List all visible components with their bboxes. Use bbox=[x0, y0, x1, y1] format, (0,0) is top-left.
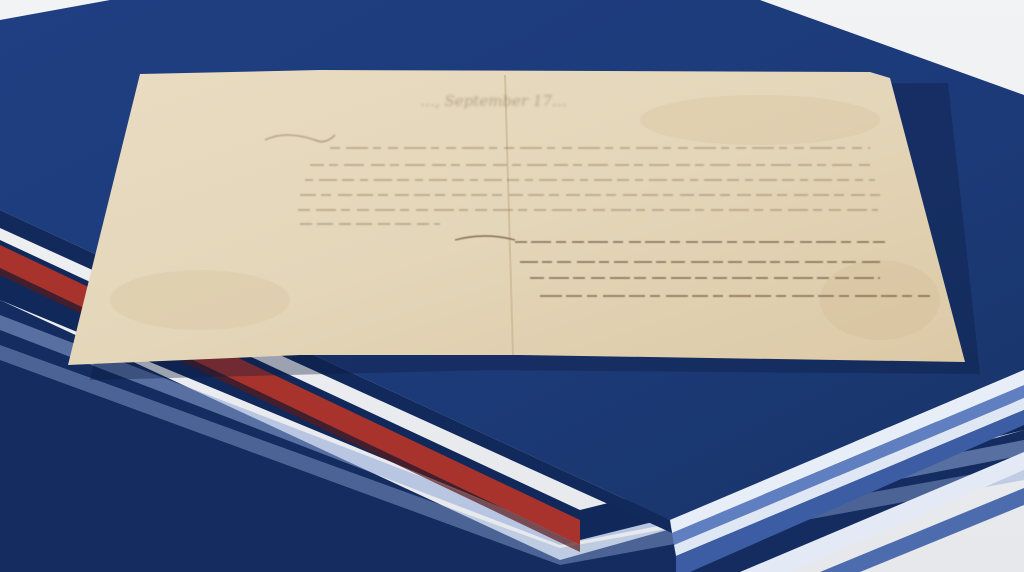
handwriting-lines bbox=[0, 0, 1024, 572]
photo-scene: …, September 17… bbox=[0, 0, 1024, 572]
